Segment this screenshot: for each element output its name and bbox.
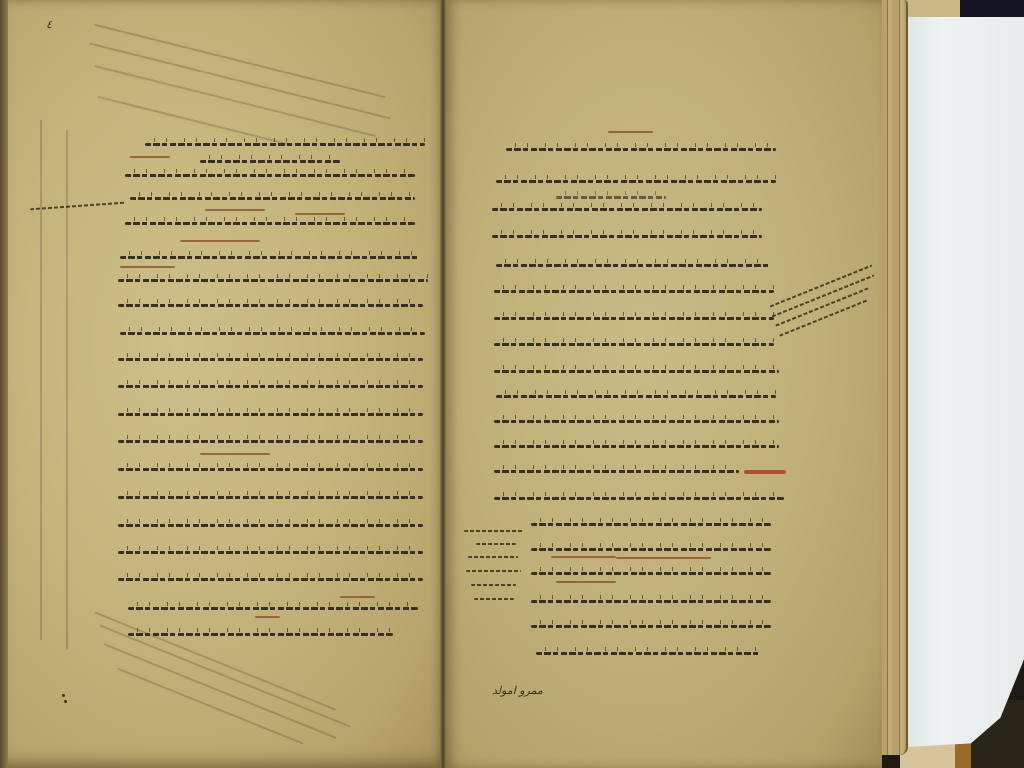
right-page: ممرو امولد bbox=[446, 0, 882, 768]
ink-dot bbox=[64, 700, 67, 703]
page-edge-stack bbox=[880, 0, 908, 755]
white-paper-sheet bbox=[906, 17, 1024, 747]
left-page: ٤ bbox=[0, 0, 446, 768]
rubric-heading bbox=[744, 470, 786, 474]
manuscript-photo: ٤ bbox=[0, 0, 1024, 768]
catchword: ممرو امولد bbox=[492, 684, 543, 697]
ink-dot bbox=[62, 694, 65, 697]
folio-number: ٤ bbox=[46, 18, 52, 31]
